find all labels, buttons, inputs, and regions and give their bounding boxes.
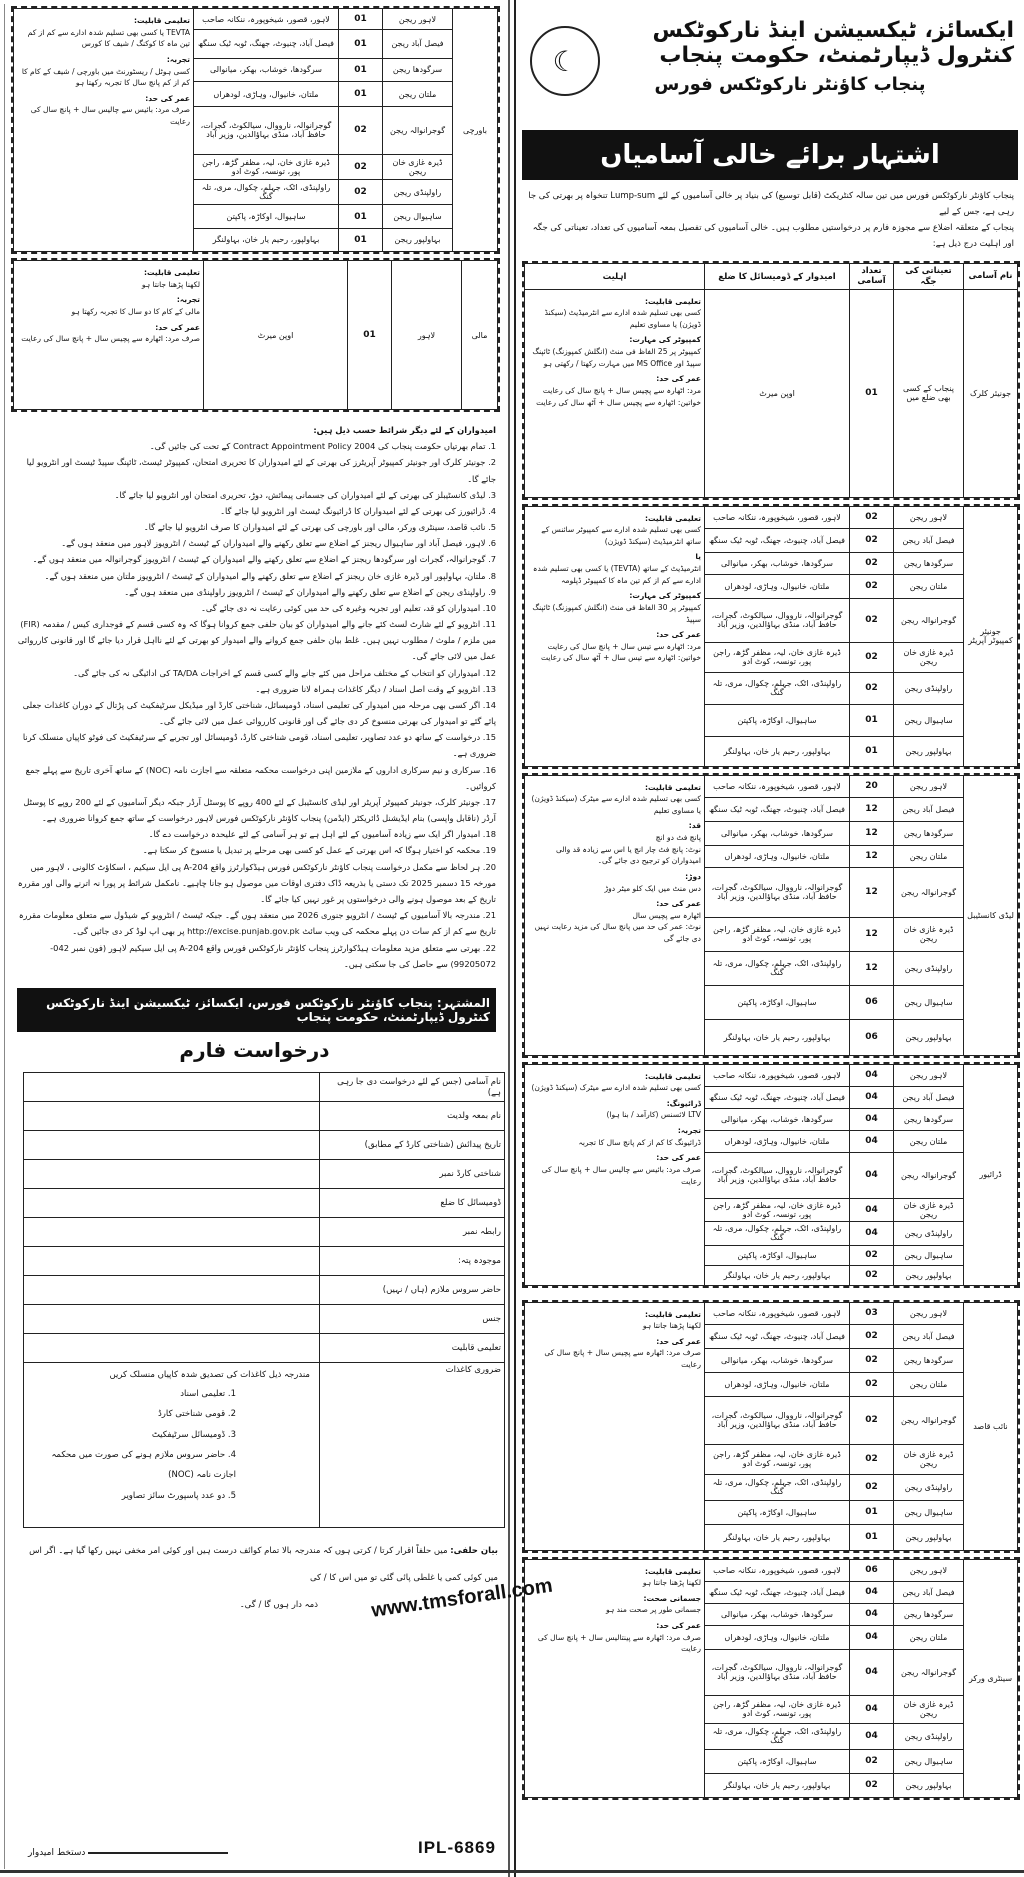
eligibility-text: خواتین: اٹھارہ سے تیس سال + آٹھ سال کی ر… bbox=[528, 652, 701, 664]
domicile-districts: گوجرانوالہ، نارووال، سیالکوٹ، گجرات، حاف… bbox=[705, 867, 850, 917]
driver-section: تعلیمی قابلیت:کسی بھی تسلیم شدہ ادارے سے… bbox=[522, 1062, 1020, 1288]
domicile-districts: ساہیوال، اوکاڑہ، پاکپتن bbox=[705, 1245, 850, 1265]
table-row: تعلیمی قابلیت: کسی بھی تسلیم شدہ ادارے س… bbox=[525, 289, 1018, 497]
required-document-item: 3. ڈومیسائل سرٹیفکیٹ bbox=[27, 1425, 236, 1445]
eligibility-text: انٹرمیڈیٹ کے ساتھ (TEVTA) یا کسی بھی تسل… bbox=[528, 563, 701, 586]
eligibility-text: صرف مرد: بائیس سے چالیس سال + پانچ سال ک… bbox=[528, 1164, 701, 1187]
posting-region: ساہیوال ریجن bbox=[894, 985, 964, 1019]
post-count: 01 bbox=[339, 205, 383, 228]
domicile-districts: سرگودھا، خوشاب، بھکر، میانوالی bbox=[705, 821, 850, 845]
post-count: 02 bbox=[339, 154, 383, 179]
post-count: 02 bbox=[850, 574, 894, 598]
eligibility-label: عمر کی حد: bbox=[528, 629, 701, 641]
form-title: درخواست فارم bbox=[5, 1038, 504, 1062]
posting-region: گوجرانوالہ ریجن bbox=[894, 1396, 964, 1444]
sanitary-worker-table: تعلیمی قابلیت:لکھنا پڑھنا جانتا ہوجسمانی… bbox=[524, 1559, 1018, 1798]
domicile-districts: ڈیرہ غازی خان، لیہ، مظفر گڑھ، راجن پور، … bbox=[705, 1198, 850, 1221]
form-row: جنس bbox=[24, 1304, 505, 1333]
table-row: تعلیمی قابلیت:کسی بھی تسلیم شدہ ادارے سے… bbox=[525, 775, 1018, 797]
documents-list: 1. تعلیمی اسناد2. قومی شناختی کارڈ3. ڈوم… bbox=[27, 1384, 316, 1506]
form-field-label: حاضر سروس ملازم (ہاں / نہیں) bbox=[320, 1275, 505, 1304]
eligibility-text: LTV لائسنس (کارآمد / بنا ہوا) bbox=[528, 1109, 701, 1121]
post-name: باورچی bbox=[453, 9, 498, 252]
posting-region: سرگودھا ریجن bbox=[383, 58, 453, 81]
posting-region: ڈیرہ غازی خان ریجن bbox=[894, 1198, 964, 1221]
post-count: 02 bbox=[850, 1324, 894, 1348]
post-count: 12 bbox=[850, 867, 894, 917]
eligibility-label: ڈرائیونگ: bbox=[528, 1098, 701, 1110]
domicile-districts: فیصل آباد، چنیوٹ، جھنگ، ٹوبہ ٹیک سنگھ bbox=[705, 528, 850, 552]
domicile-districts: بہاولپور، رحیم یار خان، بہاولنگر bbox=[705, 1773, 850, 1797]
column-header-count: تعداد آسامی bbox=[850, 263, 894, 289]
eligibility-label: تعلیمی قابلیت: bbox=[528, 1309, 701, 1321]
posting-region: ملتان ریجن bbox=[894, 1130, 964, 1152]
eligibility-cell: تعلیمی قابلیت:TEVTA یا کسی بھی تسلیم شدہ… bbox=[14, 9, 194, 252]
post-count: 02 bbox=[850, 672, 894, 704]
domicile-districts: راولپنڈی، اٹک، جہلم، چکوال، مری، تلہ گنگ bbox=[705, 1474, 850, 1500]
junior-clerk-count: 01 bbox=[850, 289, 894, 497]
posting-region: بہاولپور ریجن bbox=[894, 1019, 964, 1055]
posting-region: گوجرانوالہ ریجن bbox=[894, 1152, 964, 1198]
domicile-districts: لاہور، قصور، شیخوپورہ، ننکانہ صاحب bbox=[194, 9, 339, 30]
signer-label: المشتہر: bbox=[437, 996, 490, 1010]
eligibility-cell: تعلیمی قابلیت:کسی بھی تسلیم شدہ ادارے سے… bbox=[525, 506, 705, 766]
post-count: 02 bbox=[850, 1474, 894, 1500]
form-row: حاضر سروس ملازم (ہاں / نہیں) bbox=[24, 1275, 505, 1304]
domicile-districts: سرگودھا، خوشاب، بھکر، میانوالی bbox=[705, 552, 850, 574]
posting-region: گوجرانوالہ ریجن bbox=[894, 867, 964, 917]
form-input-field[interactable] bbox=[24, 1246, 320, 1275]
documents-label: ضروری کاغذات bbox=[320, 1362, 505, 1527]
eligibility-text: اٹھارہ سے پچیس سال bbox=[528, 910, 701, 922]
post-count: 06 bbox=[850, 1559, 894, 1581]
government-seal-icon: ☾ bbox=[530, 26, 600, 96]
eligibility-label: تعلیمی قابلیت: bbox=[17, 15, 190, 27]
term-item: 22. بھرتی سے متعلق مزید معلومات ہیڈکوارٹ… bbox=[17, 940, 496, 972]
post-count: 01 bbox=[339, 81, 383, 106]
posting-region: ڈیرہ غازی خان ریجن bbox=[383, 154, 453, 179]
form-input-field[interactable] bbox=[24, 1304, 320, 1333]
posting-region: ملتان ریجن bbox=[894, 845, 964, 867]
domicile-districts: سرگودھا، خوشاب، بھکر، میانوالی bbox=[705, 1603, 850, 1625]
post-count: 04 bbox=[850, 1064, 894, 1086]
posting-region: سرگودھا ریجن bbox=[894, 1108, 964, 1130]
sanitary-worker-section: تعلیمی قابلیت:لکھنا پڑھنا جانتا ہوجسمانی… bbox=[522, 1557, 1020, 1800]
domicile-districts: ملتان، خانیوال، وہاڑی، لودھراں bbox=[194, 81, 339, 106]
eligibility-label: تجربہ: bbox=[528, 1125, 701, 1137]
term-item: 8. ملتان، بہاولپور اور ڈیرہ غازی خان ریج… bbox=[17, 568, 496, 584]
eligibility-label: عمر کی حد: bbox=[17, 322, 200, 334]
intro-line-1: پنجاب کاؤنٹر نارکوٹکس فورس میں تین سالہ … bbox=[526, 188, 1014, 220]
post-count: 01 bbox=[850, 1524, 894, 1550]
posting-region: ڈیرہ غازی خان ریجن bbox=[894, 1444, 964, 1474]
post-count: 04 bbox=[850, 1152, 894, 1198]
eligibility-label: عمر کی حد: bbox=[528, 1152, 701, 1164]
posting-region: راولپنڈی ریجن bbox=[894, 951, 964, 985]
post-count: 02 bbox=[850, 1773, 894, 1797]
domicile-districts: ملتان، خانیوال، وہاڑی، لودھراں bbox=[705, 1130, 850, 1152]
posting-region: فیصل آباد ریجن bbox=[894, 528, 964, 552]
eligibility-text: لکھنا پڑھنا جانتا ہو bbox=[528, 1577, 701, 1589]
naib-qasid-section: تعلیمی قابلیت:لکھنا پڑھنا جانتا ہوعمر کی… bbox=[522, 1300, 1020, 1553]
terms-heading: امیدواران کے لئے دیگر شرائط حسب ذیل ہیں: bbox=[17, 422, 496, 438]
domicile-districts: راولپنڈی، اٹک، جہلم، چکوال، مری، تلہ گنگ bbox=[705, 1723, 850, 1749]
post-count: 04 bbox=[850, 1723, 894, 1749]
post-count: 04 bbox=[850, 1581, 894, 1603]
post-count: 02 bbox=[850, 1245, 894, 1265]
form-field-label: نام بمعہ ولدیت bbox=[320, 1101, 505, 1130]
terms-list: 1. تمام بھرتیاں حکومت پنجاب کی Contract … bbox=[17, 438, 496, 972]
posting-region: سرگودھا ریجن bbox=[894, 821, 964, 845]
domicile-districts: سرگودھا، خوشاب، بھکر، میانوالی bbox=[194, 58, 339, 81]
domicile-districts: سرگودھا، خوشاب، بھکر، میانوالی bbox=[705, 1108, 850, 1130]
junior-clerk-posting: پنجاب کے کسی بھی ضلع میں bbox=[894, 289, 964, 497]
mali-post-section: تعلیمی قابلیت: لکھنا پڑھنا جانتا ہو تجرب… bbox=[11, 258, 500, 412]
term-item: 14. اگر کسی بھی مرحلہ میں امیدوار کی تعل… bbox=[17, 697, 496, 729]
term-item: 6. لاہور، فیصل آباد اور ساہیوال ریجنز کے… bbox=[17, 535, 496, 551]
table-row: تعلیمی قابلیت: لکھنا پڑھنا جانتا ہو تجرب… bbox=[14, 261, 498, 410]
domicile-districts: لاہور، قصور، شیخوپورہ، ننکانہ صاحب bbox=[705, 506, 850, 528]
bottom-rule bbox=[0, 1870, 1024, 1873]
eligibility-label: کمپیوٹر کی مہارت: bbox=[528, 590, 701, 602]
term-item: 5. نائب قاصد، سینٹری ورکر، مالی اور باور… bbox=[17, 519, 496, 535]
post-count: 01 bbox=[850, 736, 894, 766]
form-field-label: موجودہ پتہ: bbox=[320, 1246, 505, 1275]
domicile-districts: ڈیرہ غازی خان، لیہ، مظفر گڑھ، راجن پور، … bbox=[705, 1444, 850, 1474]
form-field-label: نام آسامی (جس کے لئے درخواست دی جا رہی ہ… bbox=[320, 1072, 505, 1101]
posting-region: ڈیرہ غازی خان ریجن bbox=[894, 1695, 964, 1723]
eligibility-text: کسی بھی تسلیم شدہ ادارے سے میٹرک (سیکنڈ … bbox=[528, 1082, 701, 1094]
term-item: 16. سرکاری و نیم سرکاری اداروں کے ملازمی… bbox=[17, 762, 496, 794]
declaration-text: میں حلفاً اقرار کرتا / کرتی ہوں کہ مندرج… bbox=[29, 1546, 498, 1583]
form-input-field[interactable] bbox=[24, 1159, 320, 1188]
mali-post-table: تعلیمی قابلیت: لکھنا پڑھنا جانتا ہو تجرب… bbox=[13, 260, 498, 410]
domicile-districts: بہاولپور، رحیم یار خان، بہاولنگر bbox=[705, 1524, 850, 1550]
signer-banner: المشتہر: پنجاب کاؤنٹر نارکوٹکس فورس، ایک… bbox=[17, 988, 496, 1032]
domicile-districts: راولپنڈی، اٹک، جہلم، چکوال، مری، تلہ گنگ bbox=[705, 672, 850, 704]
documents-list-cell: مندرجہ ذیل کاغذات کی تصدیق شدہ کاپیاں من… bbox=[24, 1362, 320, 1527]
cook-post-table: تعلیمی قابلیت:TEVTA یا کسی بھی تسلیم شدہ… bbox=[13, 8, 498, 252]
posting-region: گوجرانوالہ ریجن bbox=[894, 1649, 964, 1695]
terms-section: امیدواران کے لئے دیگر شرائط حسب ذیل ہیں:… bbox=[5, 416, 504, 972]
required-document-item: 4. حاضر سروس ملازم ہونے کی صورت میں محکم… bbox=[27, 1445, 236, 1486]
domicile-districts: لاہور، قصور، شیخوپورہ، ننکانہ صاحب bbox=[705, 775, 850, 797]
term-item: 15. درخواست کے ساتھ دو عدد تصاویر، تعلیم… bbox=[17, 729, 496, 761]
junior-clerk-post-name: جونیئر کلرک bbox=[964, 289, 1018, 497]
eligibility-text: کسی بھی تسلیم شدہ ادارے سے کمپیوٹر سائنس… bbox=[528, 524, 701, 547]
table-row: تعلیمی قابلیت:لکھنا پڑھنا جانتا ہوجسمانی… bbox=[525, 1559, 1018, 1581]
form-row: شناختی کارڈ نمبر bbox=[24, 1159, 505, 1188]
term-item: 3. لیڈی کانسٹیبلز کی بھرتی کے لئے امیدوا… bbox=[17, 487, 496, 503]
eligibility-label: تعلیمی قابلیت: bbox=[528, 513, 701, 525]
post-name: لیڈی کانسٹیبل bbox=[964, 775, 1018, 1055]
post-count: 12 bbox=[850, 797, 894, 821]
documents-heading: مندرجہ ذیل کاغذات کی تصدیق شدہ کاپیاں من… bbox=[27, 1365, 316, 1384]
form-row: رابطہ نمبر bbox=[24, 1217, 505, 1246]
left-column: تعلیمی قابلیت:TEVTA یا کسی بھی تسلیم شدہ… bbox=[4, 4, 504, 1869]
domicile-districts: سرگودھا، خوشاب، بھکر، میانوالی bbox=[705, 1348, 850, 1372]
posting-region: ملتان ریجن bbox=[894, 1625, 964, 1649]
junior-clerk-domicile: اوپن میرٹ bbox=[705, 289, 850, 497]
posting-region: فیصل آباد ریجن bbox=[894, 1581, 964, 1603]
term-item: 11. انٹرویو کے لئے شارٹ لسٹ کئے جانے وال… bbox=[17, 616, 496, 665]
form-field-label: تاریخ پیدائش (شناختی کارڈ کے مطابق) bbox=[320, 1130, 505, 1159]
post-count: 02 bbox=[850, 506, 894, 528]
posting-region: فیصل آباد ریجن bbox=[894, 1086, 964, 1108]
term-item: 17. جونیئر کلرک، جونیئر کمپیوٹر آپریٹر ا… bbox=[17, 794, 496, 826]
post-count: 02 bbox=[850, 598, 894, 642]
form-row: ڈومیسائل کا ضلع bbox=[24, 1188, 505, 1217]
post-count: 02 bbox=[339, 180, 383, 205]
domicile-districts: بہاولپور، رحیم یار خان، بہاولنگر bbox=[705, 736, 850, 766]
mali-post-name: مالی bbox=[462, 261, 498, 410]
eligibility-text: نوٹ: عمر کی حد میں پانچ سال کی مزید رعای… bbox=[528, 921, 701, 944]
form-input-field[interactable] bbox=[24, 1217, 320, 1246]
term-item: 19. محکمہ کو اختیار ہوگا کہ اس بھرتی کے … bbox=[17, 842, 496, 858]
posting-region: ساہیوال ریجن bbox=[894, 1749, 964, 1773]
posting-region: ڈیرہ غازی خان ریجن bbox=[894, 642, 964, 672]
domicile-districts: بہاولپور، رحیم یار خان، بہاولنگر bbox=[705, 1019, 850, 1055]
form-input-field[interactable] bbox=[24, 1333, 320, 1362]
domicile-districts: ساہیوال، اوکاڑہ، پاکپتن bbox=[705, 1500, 850, 1524]
eligibility-label: تعلیمی قابلیت: bbox=[528, 782, 701, 794]
domicile-districts: ڈیرہ غازی خان، لیہ، مظفر گڑھ، راجن پور، … bbox=[705, 642, 850, 672]
form-input-field[interactable] bbox=[24, 1188, 320, 1217]
term-item: 20. ہر لحاظ سے مکمل درخواست پنجاب کاؤنٹر… bbox=[17, 859, 496, 908]
term-item: 18. امیدوار اگر ایک سے زیادہ آسامیوں کے … bbox=[17, 826, 496, 842]
lady-constable-section: تعلیمی قابلیت:کسی بھی تسلیم شدہ ادارے سے… bbox=[522, 773, 1020, 1058]
form-input-field[interactable] bbox=[24, 1130, 320, 1159]
form-input-field[interactable] bbox=[24, 1072, 320, 1101]
eligibility-label: عمر کی حد: bbox=[528, 898, 701, 910]
masthead: ☾ ایکسائز، ٹیکسیشن اینڈ نارکوٹکس کنٹرول … bbox=[516, 18, 1024, 118]
post-count: 04 bbox=[850, 1108, 894, 1130]
form-input-field[interactable] bbox=[24, 1101, 320, 1130]
term-item: 9. راولپنڈی ریجن کے اضلاع سے تعلق رکھنے … bbox=[17, 584, 496, 600]
post-count: 06 bbox=[850, 1019, 894, 1055]
eligibility-text: خواتین: اٹھارہ سے پچیس سال + آٹھ سال کی … bbox=[536, 398, 701, 407]
eligibility-label: تعلیمی قابلیت: bbox=[528, 296, 701, 308]
domicile-districts: فیصل آباد، چنیوٹ، جھنگ، ٹوبہ ٹیک سنگھ bbox=[705, 1086, 850, 1108]
eligibility-text: مالی کے کام کا دو سال کا تجربہ رکھتا ہو bbox=[72, 307, 200, 316]
post-count: 01 bbox=[850, 1500, 894, 1524]
eligibility-label: عمر کی حد: bbox=[528, 1336, 701, 1348]
posting-region: ملتان ریجن bbox=[894, 1372, 964, 1396]
eligibility-label: دوڑ: bbox=[528, 871, 701, 883]
domicile-districts: لاہور، قصور، شیخوپورہ، ننکانہ صاحب bbox=[705, 1064, 850, 1086]
eligibility-text: پانچ فٹ دو انچ bbox=[528, 832, 701, 844]
domicile-districts: ملتان، خانیوال، وہاڑی، لودھراں bbox=[705, 845, 850, 867]
column-header-domicile: امیدوار کے ڈومیسائل کا ضلع bbox=[705, 263, 850, 289]
signature-area: دستخط امیدوار bbox=[28, 1848, 232, 1858]
eligibility-label: عمر کی حد: bbox=[528, 1620, 701, 1632]
posting-region: فیصل آباد ریجن bbox=[894, 1324, 964, 1348]
eligibility-text: TEVTA یا کسی بھی تسلیم شدہ ادارے سے کم ا… bbox=[17, 27, 190, 50]
domicile-districts: ملتان، خانیوال، وہاڑی، لودھراں bbox=[705, 1372, 850, 1396]
post-count: 01 bbox=[850, 704, 894, 736]
eligibility-label: تعلیمی قابلیت: bbox=[528, 1071, 701, 1083]
domicile-districts: لاہور، قصور، شیخوپورہ، ننکانہ صاحب bbox=[705, 1302, 850, 1324]
post-count: 06 bbox=[850, 985, 894, 1019]
lady-constable-table: تعلیمی قابلیت:کسی بھی تسلیم شدہ ادارے سے… bbox=[524, 775, 1018, 1056]
eligibility-label: قد: bbox=[528, 820, 701, 832]
eligibility-label: عمر کی حد: bbox=[17, 93, 190, 105]
eligibility-cell: تعلیمی قابلیت:کسی بھی تسلیم شدہ ادارے سے… bbox=[525, 1064, 705, 1285]
mali-eligibility: تعلیمی قابلیت: لکھنا پڑھنا جانتا ہو تجرب… bbox=[14, 261, 204, 410]
posting-region: ڈیرہ غازی خان ریجن bbox=[894, 917, 964, 951]
eligibility-text: کسی ہوٹل / ریسٹورنٹ میں باورچی / شیف کے … bbox=[17, 66, 190, 89]
post-count: 04 bbox=[850, 1198, 894, 1221]
eligibility-label: عمر کی حد: bbox=[528, 373, 701, 385]
posting-region: راولپنڈی ریجن bbox=[894, 672, 964, 704]
domicile-districts: راولپنڈی، اٹک، جہلم، چکوال، مری، تلہ گنگ bbox=[194, 180, 339, 205]
term-item: 21. مندرجہ بالا آسامیوں کے ٹیسٹ / انٹروی… bbox=[17, 907, 496, 939]
ad-code: IPL-6869 bbox=[418, 1838, 496, 1858]
post-count: 20 bbox=[850, 775, 894, 797]
eligibility-text: لکھنا پڑھنا جانتا ہو bbox=[142, 280, 200, 289]
eligibility-text: کمپیوٹر پر 30 الفاظ فی منٹ (انگلش کمپوزن… bbox=[528, 602, 701, 625]
eligibility-text: مرد: اٹھارہ سے تیس سال + پانچ سال کی رعا… bbox=[528, 641, 701, 653]
posting-region: گوجرانوالہ ریجن bbox=[894, 598, 964, 642]
post-name: سینٹری ورکر bbox=[964, 1559, 1018, 1797]
post-count: 04 bbox=[850, 1130, 894, 1152]
eligibility-cell: تعلیمی قابلیت:لکھنا پڑھنا جانتا ہوعمر کی… bbox=[525, 1302, 705, 1550]
right-column: ☾ ایکسائز، ٹیکسیشن اینڈ نارکوٹکس کنٹرول … bbox=[514, 0, 1024, 1877]
eligibility-label: تجربہ: bbox=[17, 294, 200, 306]
eligibility-text: صرف مرد: اٹھارہ سے پچیس سال + پانچ سال ک… bbox=[528, 1347, 701, 1370]
eligibility-text: نوٹ: پانچ فٹ چار انچ یا اس سے زیادہ قد و… bbox=[528, 844, 701, 867]
eligibility-text: صرف مرد: اٹھارہ سے پچیس سال + پانچ سال ک… bbox=[21, 334, 200, 343]
post-count: 04 bbox=[850, 1695, 894, 1723]
column-header-post-name: نام آسامی bbox=[964, 263, 1018, 289]
mali-count: 01 bbox=[348, 261, 392, 410]
required-document-item: 5. دو عدد پاسپورٹ سائز تصاویر bbox=[27, 1486, 236, 1506]
eligibility-label: یا bbox=[528, 551, 701, 563]
eligibility-label: تجربہ: bbox=[17, 54, 190, 66]
domicile-districts: بہاولپور، رحیم یار خان، بہاولنگر bbox=[194, 228, 339, 251]
form-row: موجودہ پتہ: bbox=[24, 1246, 505, 1275]
eligibility-cell: تعلیمی قابلیت:کسی بھی تسلیم شدہ ادارے سے… bbox=[525, 775, 705, 1055]
post-count: 01 bbox=[339, 9, 383, 30]
form-field-label: شناختی کارڈ نمبر bbox=[320, 1159, 505, 1188]
junior-clerk-eligibility: تعلیمی قابلیت: کسی بھی تسلیم شدہ ادارے س… bbox=[525, 289, 705, 497]
domicile-districts: راولپنڈی، اٹک، جہلم، چکوال، مری، تلہ گنگ bbox=[705, 1221, 850, 1245]
jco-table: تعلیمی قابلیت:کسی بھی تسلیم شدہ ادارے سے… bbox=[524, 506, 1018, 767]
term-item: 4. ڈرائیورز کی بھرتی کے لئے امیدواران کا… bbox=[17, 503, 496, 519]
signature-label: دستخط امیدوار bbox=[28, 1848, 85, 1858]
form-field-label: رابطہ نمبر bbox=[320, 1217, 505, 1246]
posting-region: لاہور ریجن bbox=[894, 775, 964, 797]
post-name: نائب قاصد bbox=[964, 1302, 1018, 1550]
declaration-label: بیان حلفی: bbox=[450, 1546, 498, 1556]
post-count: 02 bbox=[850, 528, 894, 552]
posting-region: ساہیوال ریجن bbox=[894, 1500, 964, 1524]
posting-region: بہاولپور ریجن bbox=[383, 228, 453, 251]
posting-region: سرگودھا ریجن bbox=[894, 1603, 964, 1625]
domicile-districts: گوجرانوالہ، نارووال، سیالکوٹ، گجرات، حاف… bbox=[194, 107, 339, 155]
eligibility-label: تعلیمی قابلیت: bbox=[17, 267, 200, 279]
intro-line-2: پنجاب کے متعلقہ اضلاع سے مجوزہ فارم پر د… bbox=[526, 220, 1014, 252]
domicile-districts: گوجرانوالہ، نارووال، سیالکوٹ، گجرات، حاف… bbox=[705, 1396, 850, 1444]
posting-region: راولپنڈی ریجن bbox=[383, 180, 453, 205]
domicile-districts: ڈیرہ غازی خان، لیہ، مظفر گڑھ، راجن پور، … bbox=[194, 154, 339, 179]
posting-region: راولپنڈی ریجن bbox=[894, 1221, 964, 1245]
table-header-row: اہلیت امیدوار کے ڈومیسائل کا ضلع تعداد آ… bbox=[525, 263, 1018, 289]
mali-domicile: اوپن میرٹ bbox=[204, 261, 348, 410]
post-count: 02 bbox=[850, 1265, 894, 1285]
post-count: 01 bbox=[339, 58, 383, 81]
post-count: 04 bbox=[850, 1221, 894, 1245]
table-row: تعلیمی قابلیت:TEVTA یا کسی بھی تسلیم شدہ… bbox=[14, 9, 498, 30]
post-count: 04 bbox=[850, 1649, 894, 1695]
post-count: 04 bbox=[850, 1086, 894, 1108]
eligibility-text: دس منٹ میں ایک کلو میٹر دوڑ bbox=[528, 883, 701, 895]
domicile-districts: ڈیرہ غازی خان، لیہ، مظفر گڑھ، راجن پور، … bbox=[705, 917, 850, 951]
domicile-districts: ساہیوال، اوکاڑہ، پاکپتن bbox=[705, 704, 850, 736]
term-item: 12. امیدواران کو انتخاب کے مختلف مراحل م… bbox=[17, 665, 496, 681]
form-row: تاریخ پیدائش (شناختی کارڈ کے مطابق) bbox=[24, 1130, 505, 1159]
posting-region: ملتان ریجن bbox=[383, 81, 453, 106]
posting-region: لاہور ریجن bbox=[894, 1559, 964, 1581]
domicile-districts: بہاولپور، رحیم یار خان، بہاولنگر bbox=[705, 1265, 850, 1285]
post-count: 02 bbox=[850, 1372, 894, 1396]
domicile-districts: ساہیوال، اوکاڑہ، پاکپتن bbox=[705, 1749, 850, 1773]
documents-row: مندرجہ ذیل کاغذات کی تصدیق شدہ کاپیاں من… bbox=[24, 1362, 505, 1527]
post-count: 02 bbox=[850, 1348, 894, 1372]
posting-region: سرگودھا ریجن bbox=[894, 552, 964, 574]
eligibility-text: کسی بھی تسلیم شدہ ادارے سے میٹرک (سیکنڈ … bbox=[528, 793, 701, 816]
eligibility-text: کمپیوٹر پر 25 الفاظ فی منٹ (انگلش کمپوزن… bbox=[532, 347, 701, 368]
newspaper-advertisement: تعلیمی قابلیت:TEVTA یا کسی بھی تسلیم شدہ… bbox=[0, 0, 1024, 1877]
eligibility-label: کمپیوٹر کی مہارت: bbox=[528, 334, 701, 346]
posting-region: ساہیوال ریجن bbox=[894, 1245, 964, 1265]
cook-post-section: تعلیمی قابلیت:TEVTA یا کسی بھی تسلیم شدہ… bbox=[11, 6, 500, 254]
domicile-districts: فیصل آباد، چنیوٹ، جھنگ، ٹوبہ ٹیک سنگھ bbox=[194, 30, 339, 59]
domicile-districts: گوجرانوالہ، نارووال، سیالکوٹ، گجرات، حاف… bbox=[705, 1152, 850, 1198]
term-item: 1. تمام بھرتیاں حکومت پنجاب کی Contract … bbox=[17, 438, 496, 454]
domicile-districts: فیصل آباد، چنیوٹ، جھنگ، ٹوبہ ٹیک سنگھ bbox=[705, 797, 850, 821]
post-count: 12 bbox=[850, 821, 894, 845]
post-name: ڈرائیور bbox=[964, 1064, 1018, 1285]
domicile-districts: ملتان، خانیوال، وہاڑی، لودھراں bbox=[705, 574, 850, 598]
eligibility-text: صرف مرد: اٹھارہ سے پینتالیس سال + پانچ س… bbox=[528, 1632, 701, 1655]
domicile-districts: ساہیوال، اوکاڑہ، پاکپتن bbox=[705, 985, 850, 1019]
form-field-label: ڈومیسائل کا ضلع bbox=[320, 1188, 505, 1217]
posting-region: بہاولپور ریجن bbox=[894, 1773, 964, 1797]
posting-region: سرگودھا ریجن bbox=[894, 1348, 964, 1372]
post-count: 02 bbox=[850, 1444, 894, 1474]
form-row: تعلیمی قابلیت bbox=[24, 1333, 505, 1362]
form-row: نام آسامی (جس کے لئے درخواست دی جا رہی ہ… bbox=[24, 1072, 505, 1101]
eligibility-text: جسمانی طور پر صحت مند ہو bbox=[528, 1604, 701, 1616]
required-document-item: 1. تعلیمی اسناد bbox=[27, 1384, 236, 1404]
term-item: 2. جونیئر کلرک اور جونیئر کمپیوٹر آپریٹر… bbox=[17, 454, 496, 486]
posting-region: فیصل آباد ریجن bbox=[894, 797, 964, 821]
intro-text: پنجاب کاؤنٹر نارکوٹکس فورس میں تین سالہ … bbox=[516, 186, 1024, 255]
domicile-districts: ڈیرہ غازی خان، لیہ، مظفر گڑھ، راجن پور، … bbox=[705, 1695, 850, 1723]
form-input-field[interactable] bbox=[24, 1275, 320, 1304]
driver-table: تعلیمی قابلیت:کسی بھی تسلیم شدہ ادارے سے… bbox=[524, 1064, 1018, 1286]
posting-region: ساہیوال ریجن bbox=[383, 205, 453, 228]
domicile-districts: فیصل آباد، چنیوٹ، جھنگ، ٹوبہ ٹیک سنگھ bbox=[705, 1581, 850, 1603]
term-item: 10. امیدواران کو قد، تعلیم اور تجربہ وغی… bbox=[17, 600, 496, 616]
column-header-posting: تعیناتی کی جگہ bbox=[894, 263, 964, 289]
domicile-districts: گوجرانوالہ، نارووال، سیالکوٹ، گجرات، حاف… bbox=[705, 598, 850, 642]
post-count: 01 bbox=[339, 30, 383, 59]
eligibility-text: لکھنا پڑھنا جانتا ہو bbox=[528, 1320, 701, 1332]
post-count: 12 bbox=[850, 845, 894, 867]
posting-region: لاہور ریجن bbox=[894, 1302, 964, 1324]
